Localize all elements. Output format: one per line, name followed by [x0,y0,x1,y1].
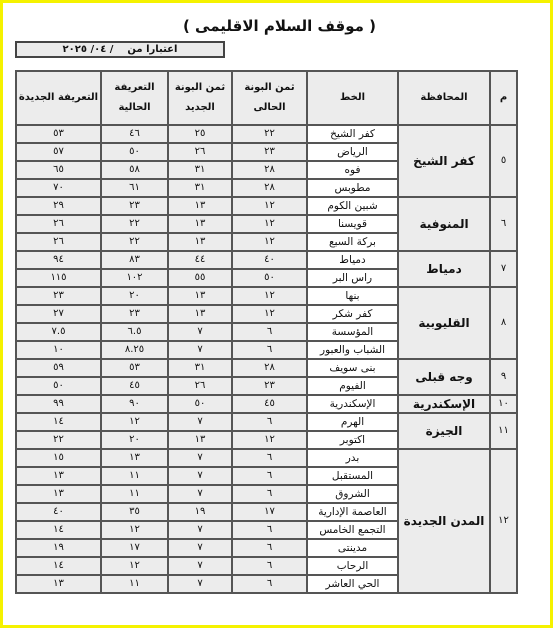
new-ticket-price: ١٣ [168,197,232,215]
new-ticket-price: ٧ [168,413,232,431]
current-fare: ٩٠ [101,395,168,413]
new-fare: ٧.٥ [16,323,101,341]
new-ticket-price: ١٣ [168,287,232,305]
new-ticket-price: ٧ [168,575,232,593]
line-name: كفر شكر [307,305,398,323]
current-ticket-price: ٢٨ [232,161,307,179]
row-number: ١٢ [490,449,517,593]
line-name: الرحاب [307,557,398,575]
new-fare: ١٥ [16,449,101,467]
current-ticket-price: ٦ [232,557,307,575]
header-governorate: المحافظة [398,71,490,125]
header-current-fare: التعريفة الحالية [101,71,168,125]
governorate-name: القليوبية [398,287,490,359]
line-name: مدينتى [307,539,398,557]
line-name: راس البر [307,269,398,287]
new-ticket-price: ٧ [168,539,232,557]
new-ticket-price: ٢٦ [168,377,232,395]
new-fare: ٥٠ [16,377,101,395]
new-fare: ١٤ [16,413,101,431]
new-ticket-price: ٤٤ [168,251,232,269]
current-ticket-price: ٤٥ [232,395,307,413]
effective-date-box: اعتبارا من / ٠٤/ ٢٠٢٥ [15,41,225,58]
current-ticket-price: ٦ [232,575,307,593]
row-number: ٧ [490,251,517,287]
effective-date-value: / ٠٤/ ٢٠٢٥ [63,44,114,55]
fare-table: م المحافظة الخط ثمن البونة الحالى ثمن ال… [15,70,518,594]
page-title: ( موقف السلام الاقليمى ) [3,17,553,35]
current-fare: ٤٥ [101,377,168,395]
current-ticket-price: ٢٣ [232,143,307,161]
new-ticket-price: ٧ [168,557,232,575]
new-ticket-price: ٢٦ [168,143,232,161]
line-name: الشروق [307,485,398,503]
table-row: ٥كفر الشيخكفر الشيخ٢٢٢٥٤٦٥٣ [16,125,517,143]
current-fare: ١٢ [101,521,168,539]
current-ticket-price: ٢٣ [232,377,307,395]
current-fare: ١٧ [101,539,168,557]
new-fare: ٩٩ [16,395,101,413]
current-ticket-price: ١٢ [232,287,307,305]
new-fare: ٢٢ [16,431,101,449]
new-ticket-price: ١٣ [168,431,232,449]
line-name: بدر [307,449,398,467]
row-number: ١٠ [490,395,517,413]
line-name: دمياط [307,251,398,269]
line-name: الفيوم [307,377,398,395]
current-fare: ٦١ [101,179,168,197]
new-fare: ٦٥ [16,161,101,179]
new-fare: ٢٦ [16,233,101,251]
new-fare: ٢٦ [16,215,101,233]
current-fare: ٥٣ [101,359,168,377]
current-fare: ١١ [101,575,168,593]
new-ticket-price: ٣١ [168,161,232,179]
line-name: كفر الشيخ [307,125,398,143]
table-row: ٩وجه قبلىبنى سويف٢٨٣١٥٣٥٩ [16,359,517,377]
table-row: ١٢المدن الجديدةبدر٦٧١٣١٥ [16,449,517,467]
new-fare: ٩٤ [16,251,101,269]
row-number: ٨ [490,287,517,359]
new-ticket-price: ٧ [168,449,232,467]
current-ticket-price: ١٧ [232,503,307,521]
new-fare: ٤٠ [16,503,101,521]
new-fare: ٥٣ [16,125,101,143]
new-ticket-price: ٥٥ [168,269,232,287]
table-row: ٦المنوفيةشبين الكوم١٢١٣٢٣٢٩ [16,197,517,215]
line-name: فوه [307,161,398,179]
new-ticket-price: ١٣ [168,233,232,251]
current-fare: ٢٣ [101,305,168,323]
current-ticket-price: ٤٠ [232,251,307,269]
current-fare: ٢٠ [101,287,168,305]
table-row: ٨القليوبيةبنها١٢١٣٢٠٢٣ [16,287,517,305]
line-name: قويسنا [307,215,398,233]
current-ticket-price: ١٢ [232,305,307,323]
current-fare: ١٢ [101,557,168,575]
line-name: المؤسسة [307,323,398,341]
new-fare: ٢٣ [16,287,101,305]
current-fare: ٢٢ [101,215,168,233]
line-name: الإسكندرية [307,395,398,413]
current-fare: ٣٥ [101,503,168,521]
new-ticket-price: ٣١ [168,179,232,197]
current-ticket-price: ١٢ [232,197,307,215]
line-name: الحي العاشر [307,575,398,593]
new-fare: ١٩ [16,539,101,557]
new-ticket-price: ٧ [168,521,232,539]
new-ticket-price: ٥٠ [168,395,232,413]
row-number: ١١ [490,413,517,449]
effective-date-label: اعتبارا من [127,44,177,55]
line-name: شبين الكوم [307,197,398,215]
new-fare: ١٤ [16,557,101,575]
current-ticket-price: ٢٨ [232,179,307,197]
line-name: المستقبل [307,467,398,485]
new-ticket-price: ٧ [168,467,232,485]
line-name: بركة السبع [307,233,398,251]
current-fare: ١٢ [101,413,168,431]
current-fare: ١١ [101,467,168,485]
new-fare: ١١٥ [16,269,101,287]
header-row: م المحافظة الخط ثمن البونة الحالى ثمن ال… [16,71,517,125]
table-row: ١١الجيزةالهرم٦٧١٢١٤ [16,413,517,431]
current-ticket-price: ٦ [232,341,307,359]
header-new-ticket: ثمن البونة الجديد [168,71,232,125]
line-name: الرياض [307,143,398,161]
line-name: بنها [307,287,398,305]
current-ticket-price: ٦ [232,323,307,341]
row-number: ٦ [490,197,517,251]
new-ticket-price: ١٣ [168,215,232,233]
new-fare: ١٣ [16,485,101,503]
new-fare: ٢٩ [16,197,101,215]
governorate-name: المنوفية [398,197,490,251]
new-ticket-price: ١٩ [168,503,232,521]
current-fare: ١١ [101,485,168,503]
current-fare: ٦.٥ [101,323,168,341]
header-no: م [490,71,517,125]
new-ticket-price: ١٣ [168,305,232,323]
governorate-name: الجيزة [398,413,490,449]
current-fare: ٢٠ [101,431,168,449]
line-name: اكتوبر [307,431,398,449]
current-ticket-price: ٦ [232,413,307,431]
new-fare: ٥٩ [16,359,101,377]
current-fare: ٨.٢٥ [101,341,168,359]
current-ticket-price: ١٢ [232,431,307,449]
table-body: ٥كفر الشيخكفر الشيخ٢٢٢٥٤٦٥٣الرياض٢٣٢٦٥٠٥… [16,125,517,593]
new-fare: ٥٧ [16,143,101,161]
new-ticket-price: ٧ [168,341,232,359]
current-ticket-price: ٦ [232,449,307,467]
new-fare: ١٤ [16,521,101,539]
current-ticket-price: ٢٨ [232,359,307,377]
line-name: العاصمة الإدارية [307,503,398,521]
new-ticket-price: ٧ [168,485,232,503]
new-fare: ٢٧ [16,305,101,323]
line-name: بنى سويف [307,359,398,377]
governorate-name: وجه قبلى [398,359,490,395]
header-new-fare: التعريفة الجديدة [16,71,101,125]
current-ticket-price: ٦ [232,467,307,485]
current-ticket-price: ١٢ [232,233,307,251]
current-ticket-price: ٦ [232,539,307,557]
line-name: الشباب والعبور [307,341,398,359]
new-ticket-price: ٧ [168,323,232,341]
current-fare: ٢٣ [101,197,168,215]
table-row: ٧دمياطدمياط٤٠٤٤٨٣٩٤ [16,251,517,269]
current-fare: ٥٠ [101,143,168,161]
current-fare: ٨٣ [101,251,168,269]
governorate-name: الإسكندرية [398,395,490,413]
governorate-name: دمياط [398,251,490,287]
current-ticket-price: ٦ [232,485,307,503]
new-ticket-price: ٣١ [168,359,232,377]
new-fare: ١٣ [16,575,101,593]
table-row: ١٠الإسكندريةالإسكندرية٤٥٥٠٩٠٩٩ [16,395,517,413]
header-current-ticket: ثمن البونة الحالى [232,71,307,125]
governorate-name: المدن الجديدة [398,449,490,593]
governorate-name: كفر الشيخ [398,125,490,197]
new-fare: ١٠ [16,341,101,359]
line-name: مطوبس [307,179,398,197]
row-number: ٩ [490,359,517,395]
line-name: الهرم [307,413,398,431]
current-ticket-price: ٢٢ [232,125,307,143]
new-fare: ٧٠ [16,179,101,197]
row-number: ٥ [490,125,517,197]
current-fare: ٢٢ [101,233,168,251]
current-ticket-price: ٥٠ [232,269,307,287]
current-fare: ١٠٢ [101,269,168,287]
current-fare: ٥٨ [101,161,168,179]
new-fare: ١٣ [16,467,101,485]
new-ticket-price: ٢٥ [168,125,232,143]
current-fare: ٤٦ [101,125,168,143]
current-ticket-price: ١٢ [232,215,307,233]
current-fare: ١٣ [101,449,168,467]
header-line: الخط [307,71,398,125]
current-ticket-price: ٦ [232,521,307,539]
line-name: التجمع الخامس [307,521,398,539]
